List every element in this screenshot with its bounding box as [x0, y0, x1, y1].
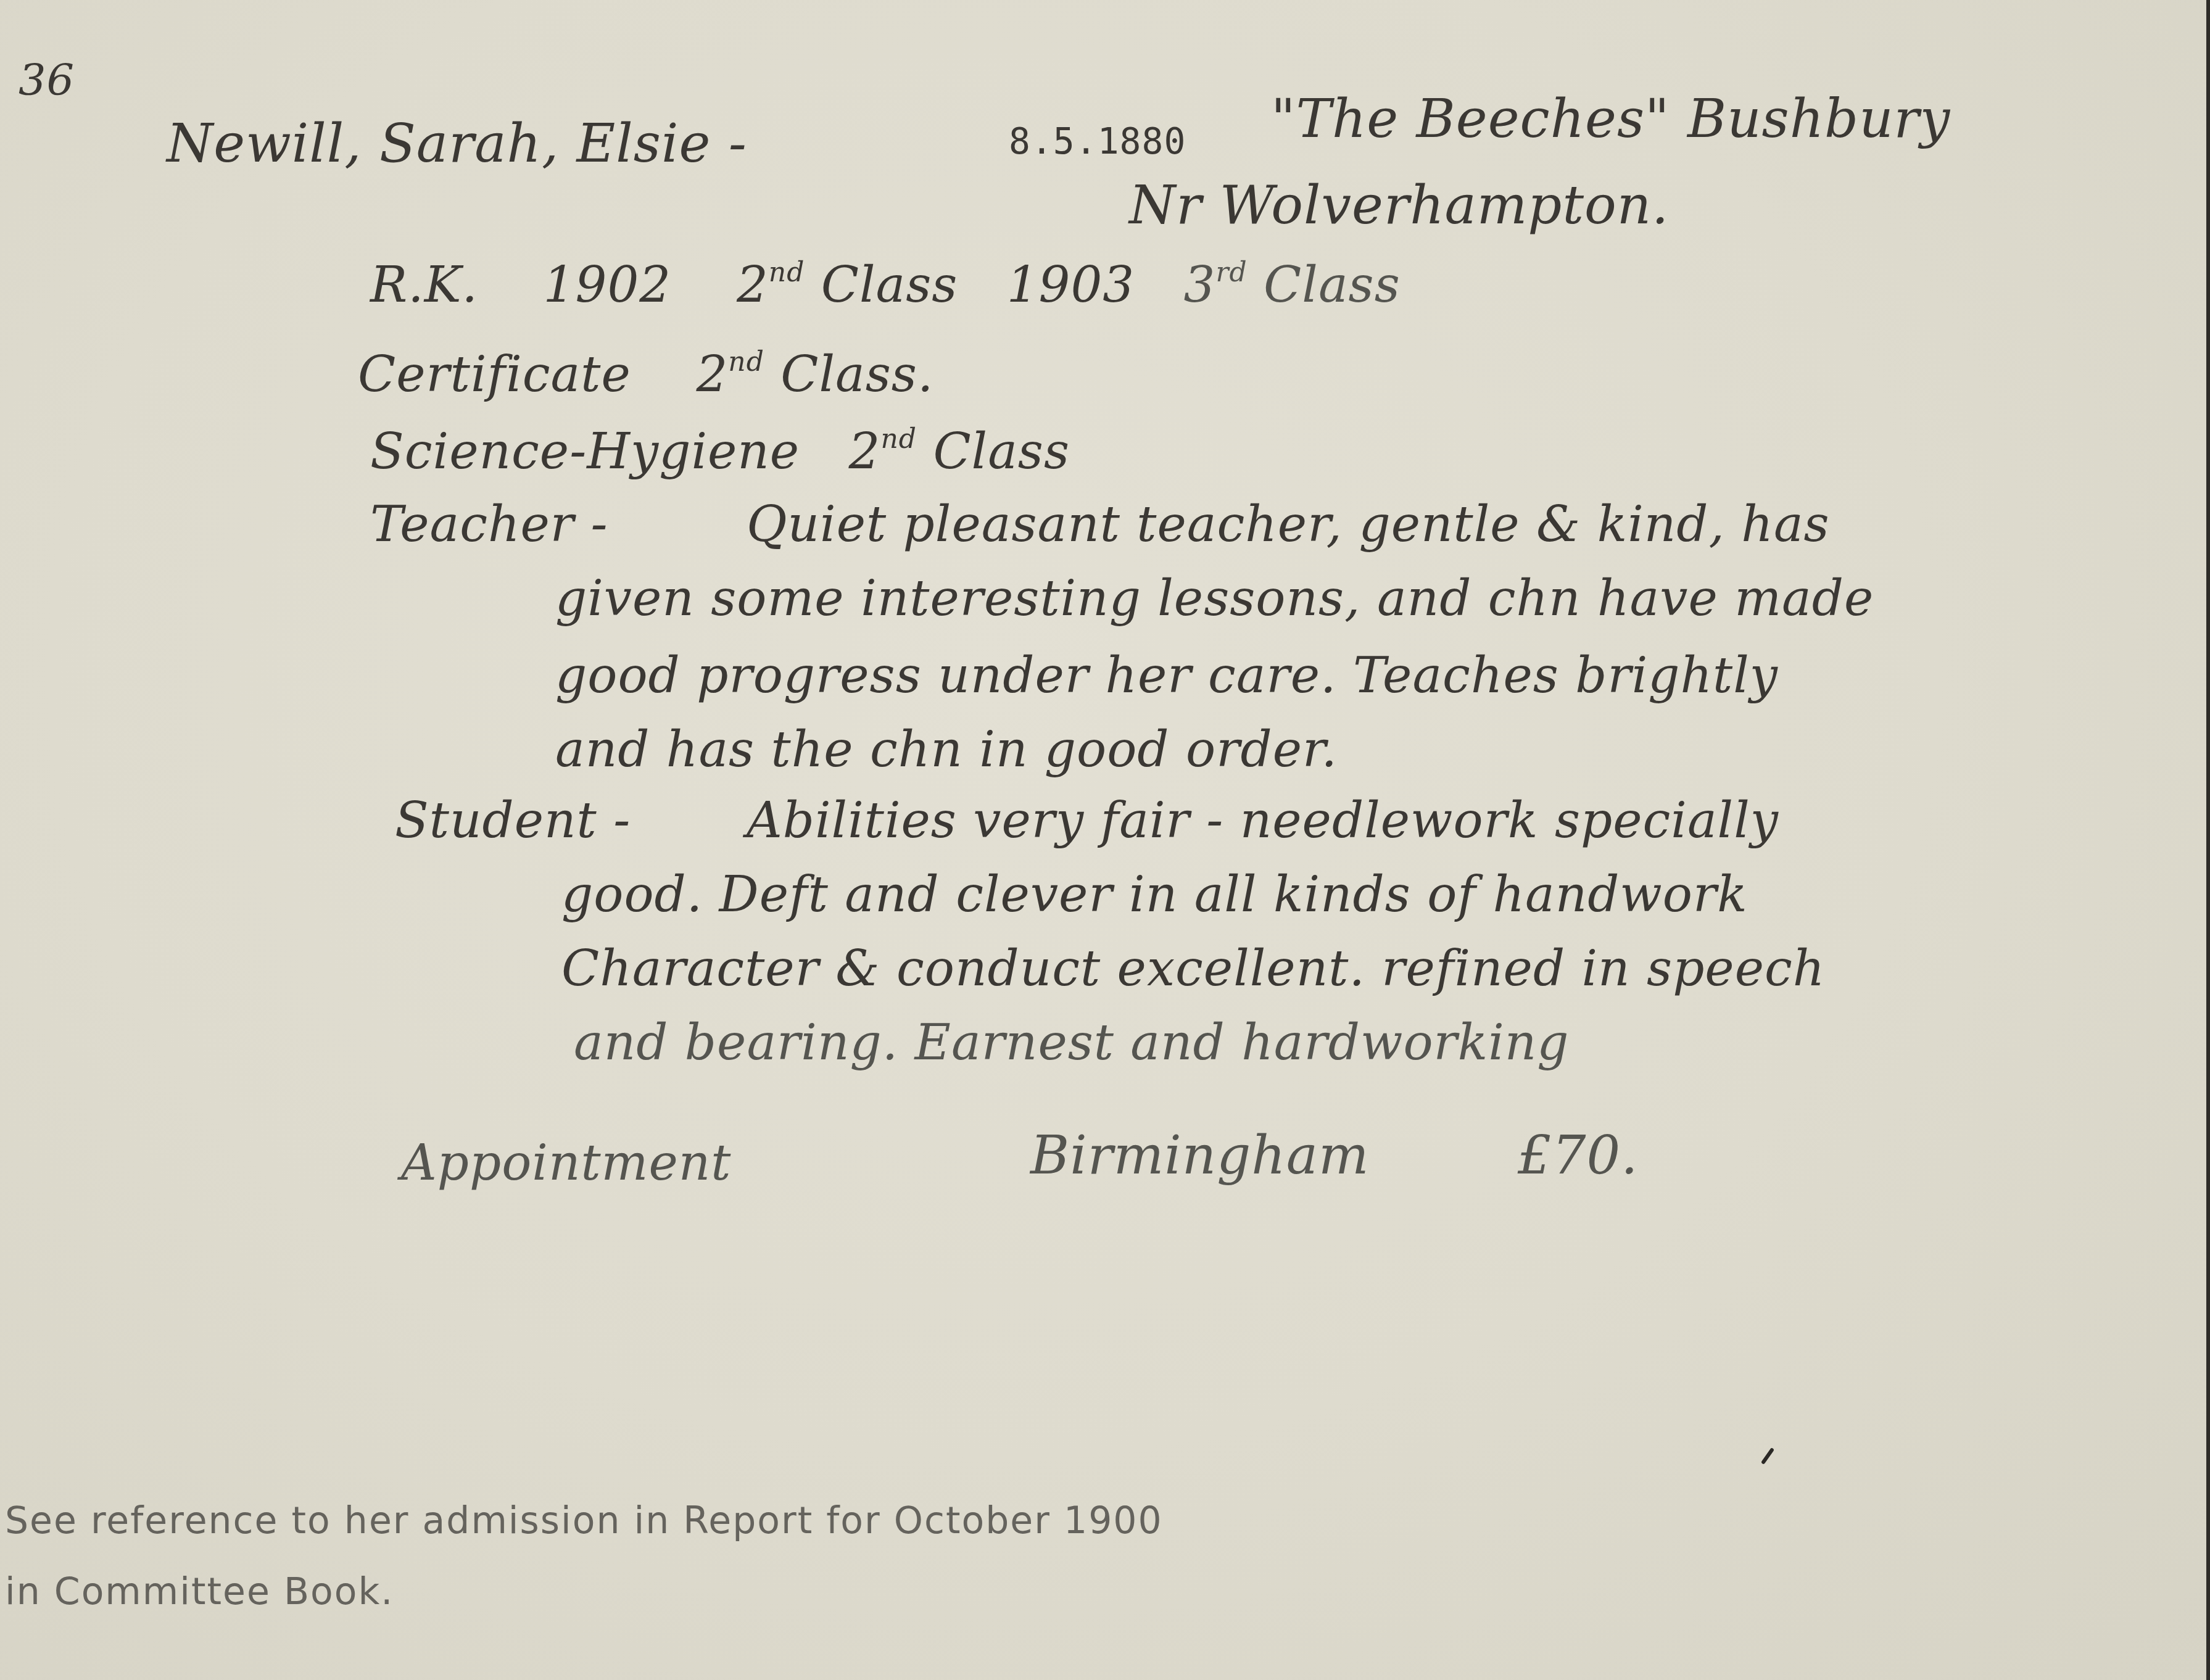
rk-class-2-word: Class — [1264, 256, 1401, 313]
certificate-label: Certificate — [358, 346, 631, 403]
science-label: Science-Hygiene — [370, 423, 800, 480]
teacher-remark-line: Quiet pleasant teacher, gentle & kind, h… — [747, 500, 1830, 549]
student-name: Newill, Sarah, Elsie - — [167, 117, 747, 170]
rk-class-2-num: 3 — [1184, 256, 1216, 313]
rk-class-2-sup: rd — [1215, 257, 1247, 288]
pencil-note-line-1: See reference to her admission in Report… — [5, 1502, 1163, 1539]
rk-class-1-word: Class — [821, 256, 958, 313]
student-remark-line: Character & conduct excellent. refined i… — [561, 944, 1825, 993]
rk-class-1-num: 2 — [737, 256, 769, 313]
birth-date: 8.5.1880 — [1009, 123, 1186, 159]
address-line-1: "The Beeches" Bushbury — [1271, 93, 1950, 146]
teacher-remark-line: given some interesting lessons, and chn … — [555, 574, 1874, 623]
teacher-remark-line: and has the chn in good order. — [555, 725, 1338, 774]
certificate-class-word: Class. — [780, 346, 933, 403]
science-result: Science-Hygiene 2nd Class — [370, 426, 1070, 476]
address-line-2: Nr Wolverhampton. — [1129, 179, 1669, 232]
student-remark-line: good. Deft and clever in all kinds of ha… — [561, 870, 1748, 919]
appointment-salary: £70. — [1518, 1129, 1638, 1182]
rk-label: R.K. — [370, 256, 478, 313]
student-remark-line: Abilities very fair - needlework special… — [747, 796, 1779, 845]
science-class-num: 2 — [849, 423, 881, 480]
rk-year-1: 1902 — [544, 256, 672, 313]
appointment-place: Birmingham — [1030, 1129, 1370, 1182]
science-class-sup: nd — [880, 423, 917, 455]
ink-mark — [1761, 1447, 1774, 1465]
student-remark-line: and bearing. Earnest and hardworking — [574, 1018, 1570, 1067]
certificate-result: Certificate 2nd Class. — [358, 349, 933, 399]
pencil-note-line-2: in Committee Book. — [5, 1573, 394, 1610]
rk-year-2: 1903 — [1007, 256, 1135, 313]
register-page: 36 Newill, Sarah, Elsie - 8.5.1880 "The … — [0, 0, 2210, 1680]
student-label: Student - — [395, 796, 631, 845]
appointment-label: Appointment — [401, 1138, 732, 1188]
teacher-remark-line: good progress under her care. Teaches br… — [555, 651, 1778, 700]
certificate-class-sup: nd — [728, 346, 764, 378]
science-class-word: Class — [933, 423, 1070, 480]
teacher-label: Teacher - — [370, 500, 608, 549]
rk-class-1-sup: nd — [769, 257, 805, 288]
page-number: 36 — [19, 59, 75, 102]
rk-results: R.K. 1902 2nd Class 1903 3rd Class — [370, 259, 1401, 310]
certificate-class-num: 2 — [696, 346, 728, 403]
